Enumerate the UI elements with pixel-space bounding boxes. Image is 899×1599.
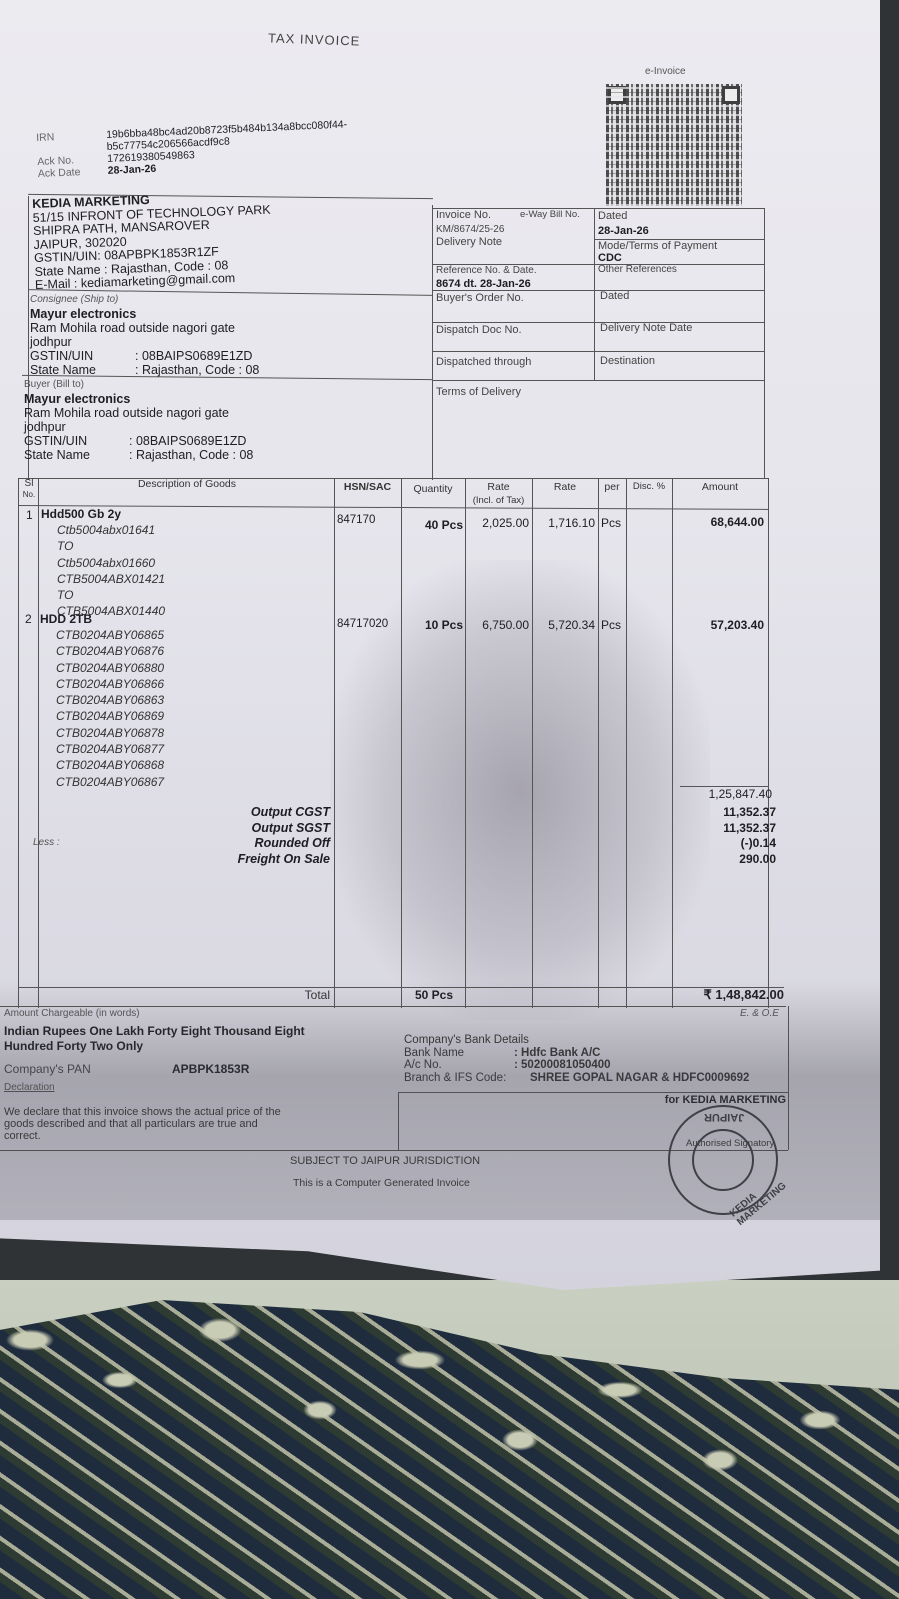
col-disc: Disc. % (626, 481, 672, 492)
branch-label: Branch & IFS Code: (404, 1072, 530, 1085)
amount-words-line-2: Hundred Forty Two Only (4, 1039, 305, 1054)
item-quantity: 10 Pcs (401, 618, 463, 632)
total-label: Total (260, 988, 330, 1002)
qr-code-icon (606, 84, 742, 206)
subtotal: 1,25,847.40 (672, 787, 772, 801)
serial-number: CTB0204ABY06867 (56, 774, 164, 790)
item-name: Hdd500 Gb 2y (41, 507, 121, 521)
jurisdiction: SUBJECT TO JAIPUR JURISDICTION (290, 1155, 480, 1167)
charge-labels: Output CGSTOutput SGSTRounded OffFreight… (150, 805, 330, 867)
charge-amount: 11,352.37 (672, 821, 776, 837)
charge-amount: 11,352.37 (672, 805, 776, 821)
payment-terms: CDC (598, 252, 622, 264)
buyers-order-dated-label: Dated (600, 290, 629, 302)
document-title: TAX INVOICE (268, 30, 361, 48)
col-amount: Amount (672, 481, 768, 493)
declaration-line-2: goods described and that all particulars… (4, 1118, 281, 1130)
serial-number: CTB5004ABX01421 (57, 571, 165, 587)
einvoice-label: e-Invoice (645, 66, 686, 77)
serial-number: CTB0204ABY06877 (56, 741, 164, 757)
declaration-line-3: correct. (4, 1130, 281, 1142)
col-description: Description of Goods (40, 478, 334, 490)
col-per: per (598, 481, 626, 493)
serial-number: TO (57, 587, 165, 603)
serial-number: CTB0204ABY06869 (56, 708, 164, 724)
bank-details: Company's Bank Details Bank Name: Hdfc B… (404, 1034, 749, 1084)
eoe: E. & O.E (740, 1008, 779, 1019)
item-rate: 1,716.10 (532, 516, 595, 530)
ac-no-label: A/c No. (404, 1059, 514, 1072)
item-quantity: 40 Pcs (401, 518, 463, 532)
bank-name: : Hdfc Bank A/C (514, 1047, 600, 1060)
buyer-state-label: State Name (24, 448, 129, 462)
item-rate-incl: 2,025.00 (465, 516, 529, 530)
buyer-address-2: jodhpur (24, 420, 253, 434)
ac-no: : 50200081050400 (514, 1059, 611, 1072)
company-stamp-icon: JAIPUR KEDIA MARKETING (668, 1105, 778, 1215)
item-serials: Ctb5004abx01641TOCtb5004abx01660CTB5004A… (57, 522, 165, 620)
item-per: Pcs (601, 516, 621, 530)
col-rate: Rate (532, 481, 598, 493)
item-amount: 68,644.00 (672, 515, 764, 529)
item-name: HDD 2TB (40, 612, 92, 626)
col-rate-incl: Rate (465, 481, 532, 494)
serial-number: CTB0204ABY06878 (56, 725, 164, 741)
declaration-label: Declaration (4, 1082, 55, 1093)
serial-number: CTB0204ABY06868 (56, 757, 164, 773)
serial-number: CTB0204ABY06866 (56, 676, 164, 692)
total-amount: ₹ 1,48,842.00 (672, 987, 784, 1003)
other-references-label: Other References (598, 264, 677, 275)
terms-of-delivery-label: Terms of Delivery (436, 386, 521, 398)
consignee-heading: Consignee (Ship to) (30, 293, 259, 307)
buyer-gstin-label: GSTIN/UIN (24, 434, 129, 448)
delivery-note-date-label: Delivery Note Date (600, 322, 692, 334)
charge-label: Output CGST (150, 805, 330, 821)
consignee-address-2: jodhpur (30, 335, 259, 349)
amount-words-label: Amount Chargeable (in words) (4, 1008, 140, 1019)
buyer-gstin: : 08BAIPS0689E1ZD (129, 434, 246, 448)
consignee-address-1: Ram Mohila road outside nagori gate (30, 321, 259, 335)
dispatch-doc-label: Dispatch Doc No. (436, 324, 522, 336)
consignee-name: Mayur electronics (30, 307, 259, 321)
buyer-address-1: Ram Mohila road outside nagori gate (24, 406, 253, 420)
buyers-order-label: Buyer's Order No. (436, 292, 524, 304)
seller-block: KEDIA MARKETING 51/15 INFRONT OF TECHNOL… (32, 190, 273, 293)
dated-label: Dated (598, 210, 627, 222)
item-sl: 2 (25, 612, 32, 626)
item-sl: 1 (26, 508, 33, 522)
charge-amount: 290.00 (672, 852, 776, 868)
consignee-block: Consignee (Ship to) Mayur electronics Ra… (30, 293, 259, 377)
delivery-note-label: Delivery Note (436, 236, 502, 248)
less-label: Less : (33, 837, 60, 848)
serial-number: Ctb5004abx01660 (57, 555, 165, 571)
item-rate-incl: 6,750.00 (465, 618, 529, 632)
item-serials: CTB0204ABY06865CTB0204ABY06876CTB0204ABY… (56, 627, 164, 790)
item-per: Pcs (601, 618, 621, 632)
total-quantity: 50 Pcs (404, 988, 464, 1002)
invoice-no: KM/8674/25-26 (436, 224, 504, 235)
declaration-text: We declare that this invoice shows the a… (4, 1106, 281, 1142)
for-company: for KEDIA MARKETING (620, 1094, 786, 1106)
serial-number: CTB0204ABY06865 (56, 627, 164, 643)
buyer-name: Mayur electronics (24, 392, 253, 406)
computer-generated-note: This is a Computer Generated Invoice (293, 1177, 470, 1189)
charge-label: Output SGST (150, 821, 330, 837)
item-hsn: 84717020 (337, 618, 388, 630)
consignee-gstin-label: GSTIN/UIN (30, 349, 135, 363)
consignee-state: : Rajasthan, Code : 08 (135, 363, 259, 377)
invoice-no-label: Invoice No. (436, 209, 491, 221)
bank-name-label: Bank Name (404, 1047, 514, 1060)
serial-number: Ctb5004abx01641 (57, 522, 165, 538)
col-sl-no: No. (20, 489, 38, 500)
branch-ifsc: SHREE GOPAL NAGAR & HDFC0009692 (530, 1072, 749, 1085)
consignee-gstin: : 08BAIPS0689E1ZD (135, 349, 252, 363)
payment-terms-label: Mode/Terms of Payment (598, 240, 717, 252)
item-hsn: 847170 (337, 514, 375, 526)
invoice-date: 28-Jan-26 (598, 225, 649, 237)
charge-amounts: 11,352.3711,352.37(-)0.14290.00 (672, 805, 776, 867)
bank-heading: Company's Bank Details (404, 1034, 749, 1047)
stamp-top-text: JAIPUR (704, 1111, 744, 1123)
col-quantity: Quantity (401, 483, 465, 495)
amount-words-line-1: Indian Rupees One Lakh Forty Eight Thous… (4, 1024, 305, 1039)
charge-amount: (-)0.14 (672, 836, 776, 852)
col-sl: Sl (20, 478, 38, 489)
destination-label: Destination (600, 355, 655, 367)
buyer-heading: Buyer (Bill to) (24, 378, 253, 392)
pan-label: Company's PAN (4, 1062, 91, 1076)
serial-number: CTB0204ABY06876 (56, 643, 164, 659)
serial-number: TO (57, 538, 165, 554)
pan-value: APBPK1853R (172, 1062, 249, 1076)
buyer-block: Buyer (Bill to) Mayur electronics Ram Mo… (24, 378, 253, 462)
charge-label: Rounded Off (150, 836, 330, 852)
col-hsn: HSN/SAC (334, 481, 401, 493)
ack-date: 28-Jan-26 (108, 163, 157, 177)
col-rate-incl-sub: (Incl. of Tax) (465, 494, 532, 507)
item-amount: 57,203.40 (672, 618, 764, 632)
item-rate: 5,720.34 (532, 618, 595, 632)
buyer-state: : Rajasthan, Code : 08 (129, 448, 253, 462)
serial-number: CTB0204ABY06880 (56, 660, 164, 676)
dispatched-through-label: Dispatched through (436, 356, 531, 368)
declaration-line-1: We declare that this invoice shows the a… (4, 1106, 281, 1118)
amount-in-words: Indian Rupees One Lakh Forty Eight Thous… (4, 1024, 305, 1054)
serial-number: CTB0204ABY06863 (56, 692, 164, 708)
reference-value: 8674 dt. 28-Jan-26 (436, 278, 531, 290)
eway-bill-label: e-Way Bill No. (520, 209, 580, 220)
charge-label: Freight On Sale (150, 852, 330, 868)
reference-label: Reference No. & Date. (436, 265, 537, 276)
